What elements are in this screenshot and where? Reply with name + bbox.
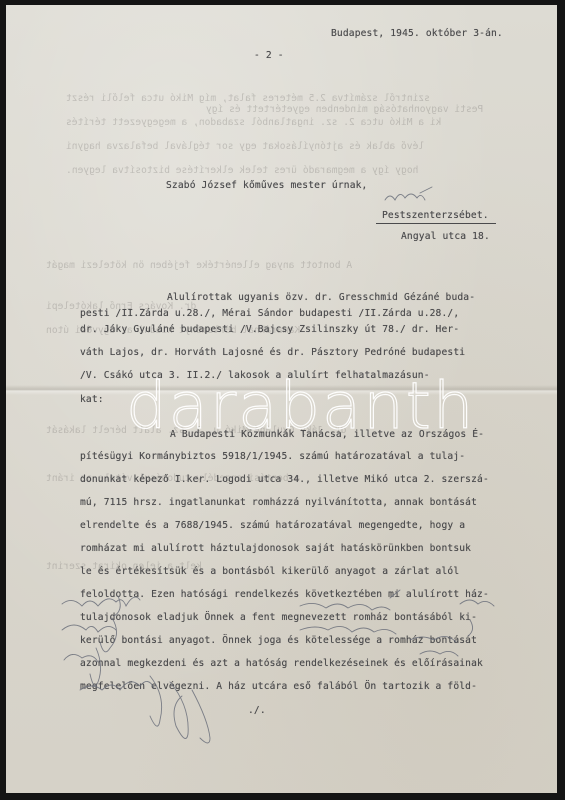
show-through-line: lévő ablak és ajtónyílásokat egy sor tég… [66,141,424,153]
body-line: le és értékesítsük és a bontásból kikerü… [80,566,459,578]
body-line: /V. Csákó utca 3. II.2./ lakosok a alulí… [80,370,430,382]
body-line: azonnal megkezdeni és azt a hatóság rend… [80,658,483,670]
body-line: feloldotta. Ezen hatósági rendelkezés kö… [80,589,489,601]
addressee-name: Szabó József kőműves mester úrnak, [166,180,367,192]
body-line: megfelelően elvégezni. A ház utcára eső … [80,681,477,693]
body-line: elrendelte és a 7688/1945. számú határoz… [80,520,465,532]
show-through-line: Pesti vagyonhatóság mindenben egyetértet… [206,104,483,116]
body-line: pítésügyi Kormánybiztos 5918/1/1945. szá… [80,451,465,463]
show-through-line: hogy így a megmaradó üres telek elkeríté… [66,165,418,177]
addressee-city: Pestszenterzsébet. [382,210,489,222]
body-line: kerülő bontási anyagot. Önnek joga és kö… [80,635,477,647]
city-underline [376,223,496,224]
body-line: mú, 7115 hrsz. ingatlanunkat romházzá ny… [80,497,477,509]
body-line: tulajdonosok eladjuk Önnek a fent megnev… [80,612,477,624]
document-page: szintről számítva 2.5 méteres falat, míg… [6,5,557,793]
continuation-mark: ./. [248,705,266,717]
body-line: dr. Jáky Gyuláné budapesti /V.Bajcsy Zsi… [80,324,459,336]
body-line: romházat mi alulírott háztulajdonosok sa… [80,543,471,555]
date-line: Budapest, 1945. október 3-án. [331,28,503,40]
show-through-line: A bontott anyag ellenértéke fejében ön k… [46,260,352,272]
body-line: Alulírottak ugyanis özv. dr. Gresschmid … [167,292,475,304]
body-line: pesti /II.Zárda u.28./, Mérai Sándor bud… [80,308,459,320]
addressee-street: Angyal utca 18. [401,231,490,243]
body-line: kat: [80,394,104,406]
page-number: - 2 - [254,50,284,62]
show-through-line: ki a Mikó utca 2. sz. ingatlanból szabad… [66,117,441,129]
body-line: donunkat képező I.ker. Logodi utca 34., … [80,474,489,486]
body-line: váth Lajos, dr. Horváth Lajosné és dr. P… [80,347,465,359]
body-line: A Budapesti Közmunkák Tanácsa, illetve a… [170,429,484,441]
